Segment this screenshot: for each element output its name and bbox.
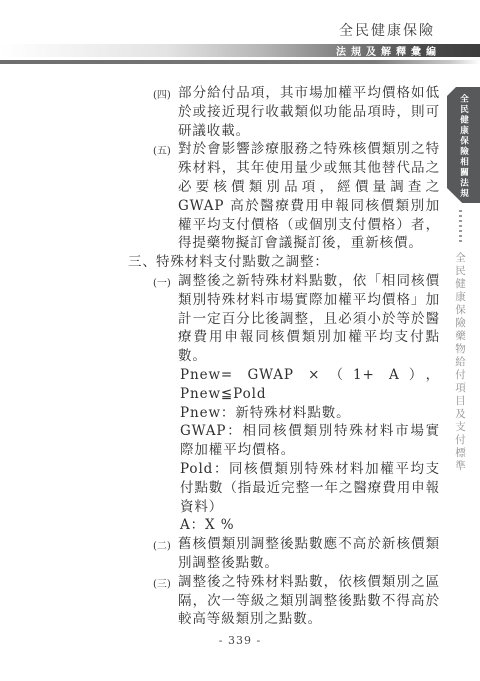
clause-text: 對於會影響診療服務之特殊核價類別之特殊材料，其年使用量少或無其他替代品之必要核價… bbox=[178, 140, 440, 253]
sidebar-dotted-divider bbox=[459, 210, 462, 244]
clause-text: 部分給付品項，其市場加權平均價格如低於或接近現行收載類似功能品項時，則可研議收載… bbox=[178, 84, 440, 140]
header-band: 法規及解釋彙編 bbox=[0, 44, 480, 57]
sidebar-tab-related-regulations: 全民健康保險相關法規 bbox=[447, 87, 480, 203]
formula-line: Pnew：新特殊材料點數。 bbox=[180, 404, 440, 423]
clause-marker: (一) bbox=[153, 272, 178, 294]
clause-marker: (五) bbox=[153, 140, 178, 162]
formula-line: Pold：同核價類別特殊材料加權平均支付點數（指最近完整一年之醫療費用申報資料） bbox=[180, 460, 440, 516]
section-text: 特殊材料支付點數之調整： bbox=[156, 253, 444, 272]
page-title: 全民健康保險 bbox=[339, 20, 435, 40]
clause-text: 調整後之新特殊材料點數，依「相同核價類別特殊材料市場實際加權平均價格」加計一定百… bbox=[178, 272, 440, 366]
section-marker: 三、 bbox=[128, 253, 156, 272]
formula-block: Pnew= GWAP ×（1+ A），Pnew≦Pold Pnew：新特殊材料點… bbox=[180, 366, 440, 535]
clause-item-4: (四) 部分給付品項，其市場加權平均價格如低於或接近現行收載類似功能品項時，則可… bbox=[153, 84, 444, 140]
formula-line: Pnew= GWAP ×（1+ A），Pnew≦Pold bbox=[180, 366, 440, 404]
sidebar-section-label: 全民健康保險藥物給付項目及支付標準 bbox=[453, 252, 468, 473]
clause-text: 調整後之特殊材料點數，依核價類別之區隔，次一等級之類別調整後點數不得高於較高等級… bbox=[178, 573, 440, 629]
clause-text: 舊核價類別調整後點數應不高於新核價類別調整後點數。 bbox=[178, 535, 440, 573]
clause-marker: (三) bbox=[153, 573, 178, 595]
header-rule bbox=[0, 60, 480, 64]
clause-item-1: (一) 調整後之新特殊材料點數，依「相同核價類別特殊材料市場實際加權平均價格」加… bbox=[153, 272, 444, 366]
clause-marker: (四) bbox=[153, 84, 178, 106]
clause-item-2: (二) 舊核價類別調整後點數應不高於新核價類別調整後點數。 bbox=[153, 535, 444, 573]
document-page: 全民健康保險 法規及解釋彙編 全民健康保險相關法規 全民健康保險藥物給付項目及支… bbox=[0, 0, 480, 681]
sidebar-tab-label: 全民健康保險相關法規 bbox=[458, 94, 470, 203]
clause-marker: (二) bbox=[153, 535, 178, 557]
clause-item-5: (五) 對於會影響診療服務之特殊核價類別之特殊材料，其年使用量少或無其他替代品之… bbox=[153, 140, 444, 253]
formula-line: GWAP：相同核價類別特殊材料市場實際加權平均價格。 bbox=[180, 422, 440, 460]
header-band-label: 法規及解釋彙編 bbox=[336, 43, 441, 58]
body-content: (四) 部分給付品項，其市場加權平均價格如低於或接近現行收載類似功能品項時，則可… bbox=[128, 84, 444, 629]
section-heading-3: 三、 特殊材料支付點數之調整： bbox=[128, 253, 444, 272]
page-number: - 339 - bbox=[0, 634, 480, 647]
clause-item-3: (三) 調整後之特殊材料點數，依核價類別之區隔，次一等級之類別調整後點數不得高於… bbox=[153, 573, 444, 629]
formula-line: A：X % bbox=[180, 516, 440, 535]
